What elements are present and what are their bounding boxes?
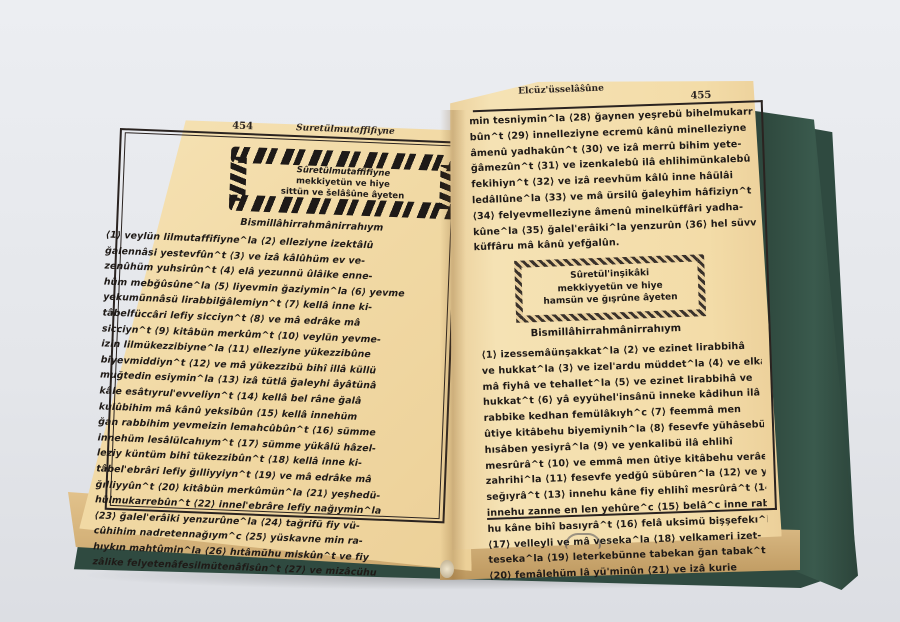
left-page-body: ⟨1⟩ veylün lilmutaffifiyne^la ⟨2⟩ ellezi… — [92, 228, 445, 584]
binding-thread — [440, 560, 454, 578]
right-page-body-bottom: ⟨1⟩ izessemâünşakkat^la ⟨2⟩ ve ezinet li… — [481, 338, 769, 585]
book-gutter — [440, 110, 466, 580]
right-page-text-frame: Elcüz'üsselâŝûne 455 min tesniymin^la ⟨2… — [478, 76, 783, 516]
left-page-number: 454 — [232, 121, 253, 133]
right-page-number: 455 — [690, 90, 711, 102]
left-page-text-frame: 454 Suretülmutaffifiyne Sûretülmutaffifi… — [105, 128, 460, 521]
library-stamp-mark — [565, 533, 601, 549]
leaf-ornament-left — [229, 156, 247, 201]
right-sura-title: Sûretül'inşikâki mekkiyyetün ve hiye ham… — [522, 265, 699, 309]
left-title-cartouche: Sûretülmutaffifiyne mekkiyetün ve hiye s… — [229, 146, 457, 219]
right-running-head: Elcüz'üsselâŝûne — [518, 84, 604, 97]
right-page-body-top: min tesniymin^la ⟨28⟩ ğaynen yeşrebü bih… — [469, 104, 758, 256]
right-title-lace-frame: Sûretül'inşikâki mekkiyyetün ve hiye ham… — [514, 254, 706, 323]
photo-scene: 454 Suretülmutaffifiyne Sûretülmutaffifi… — [0, 0, 900, 622]
